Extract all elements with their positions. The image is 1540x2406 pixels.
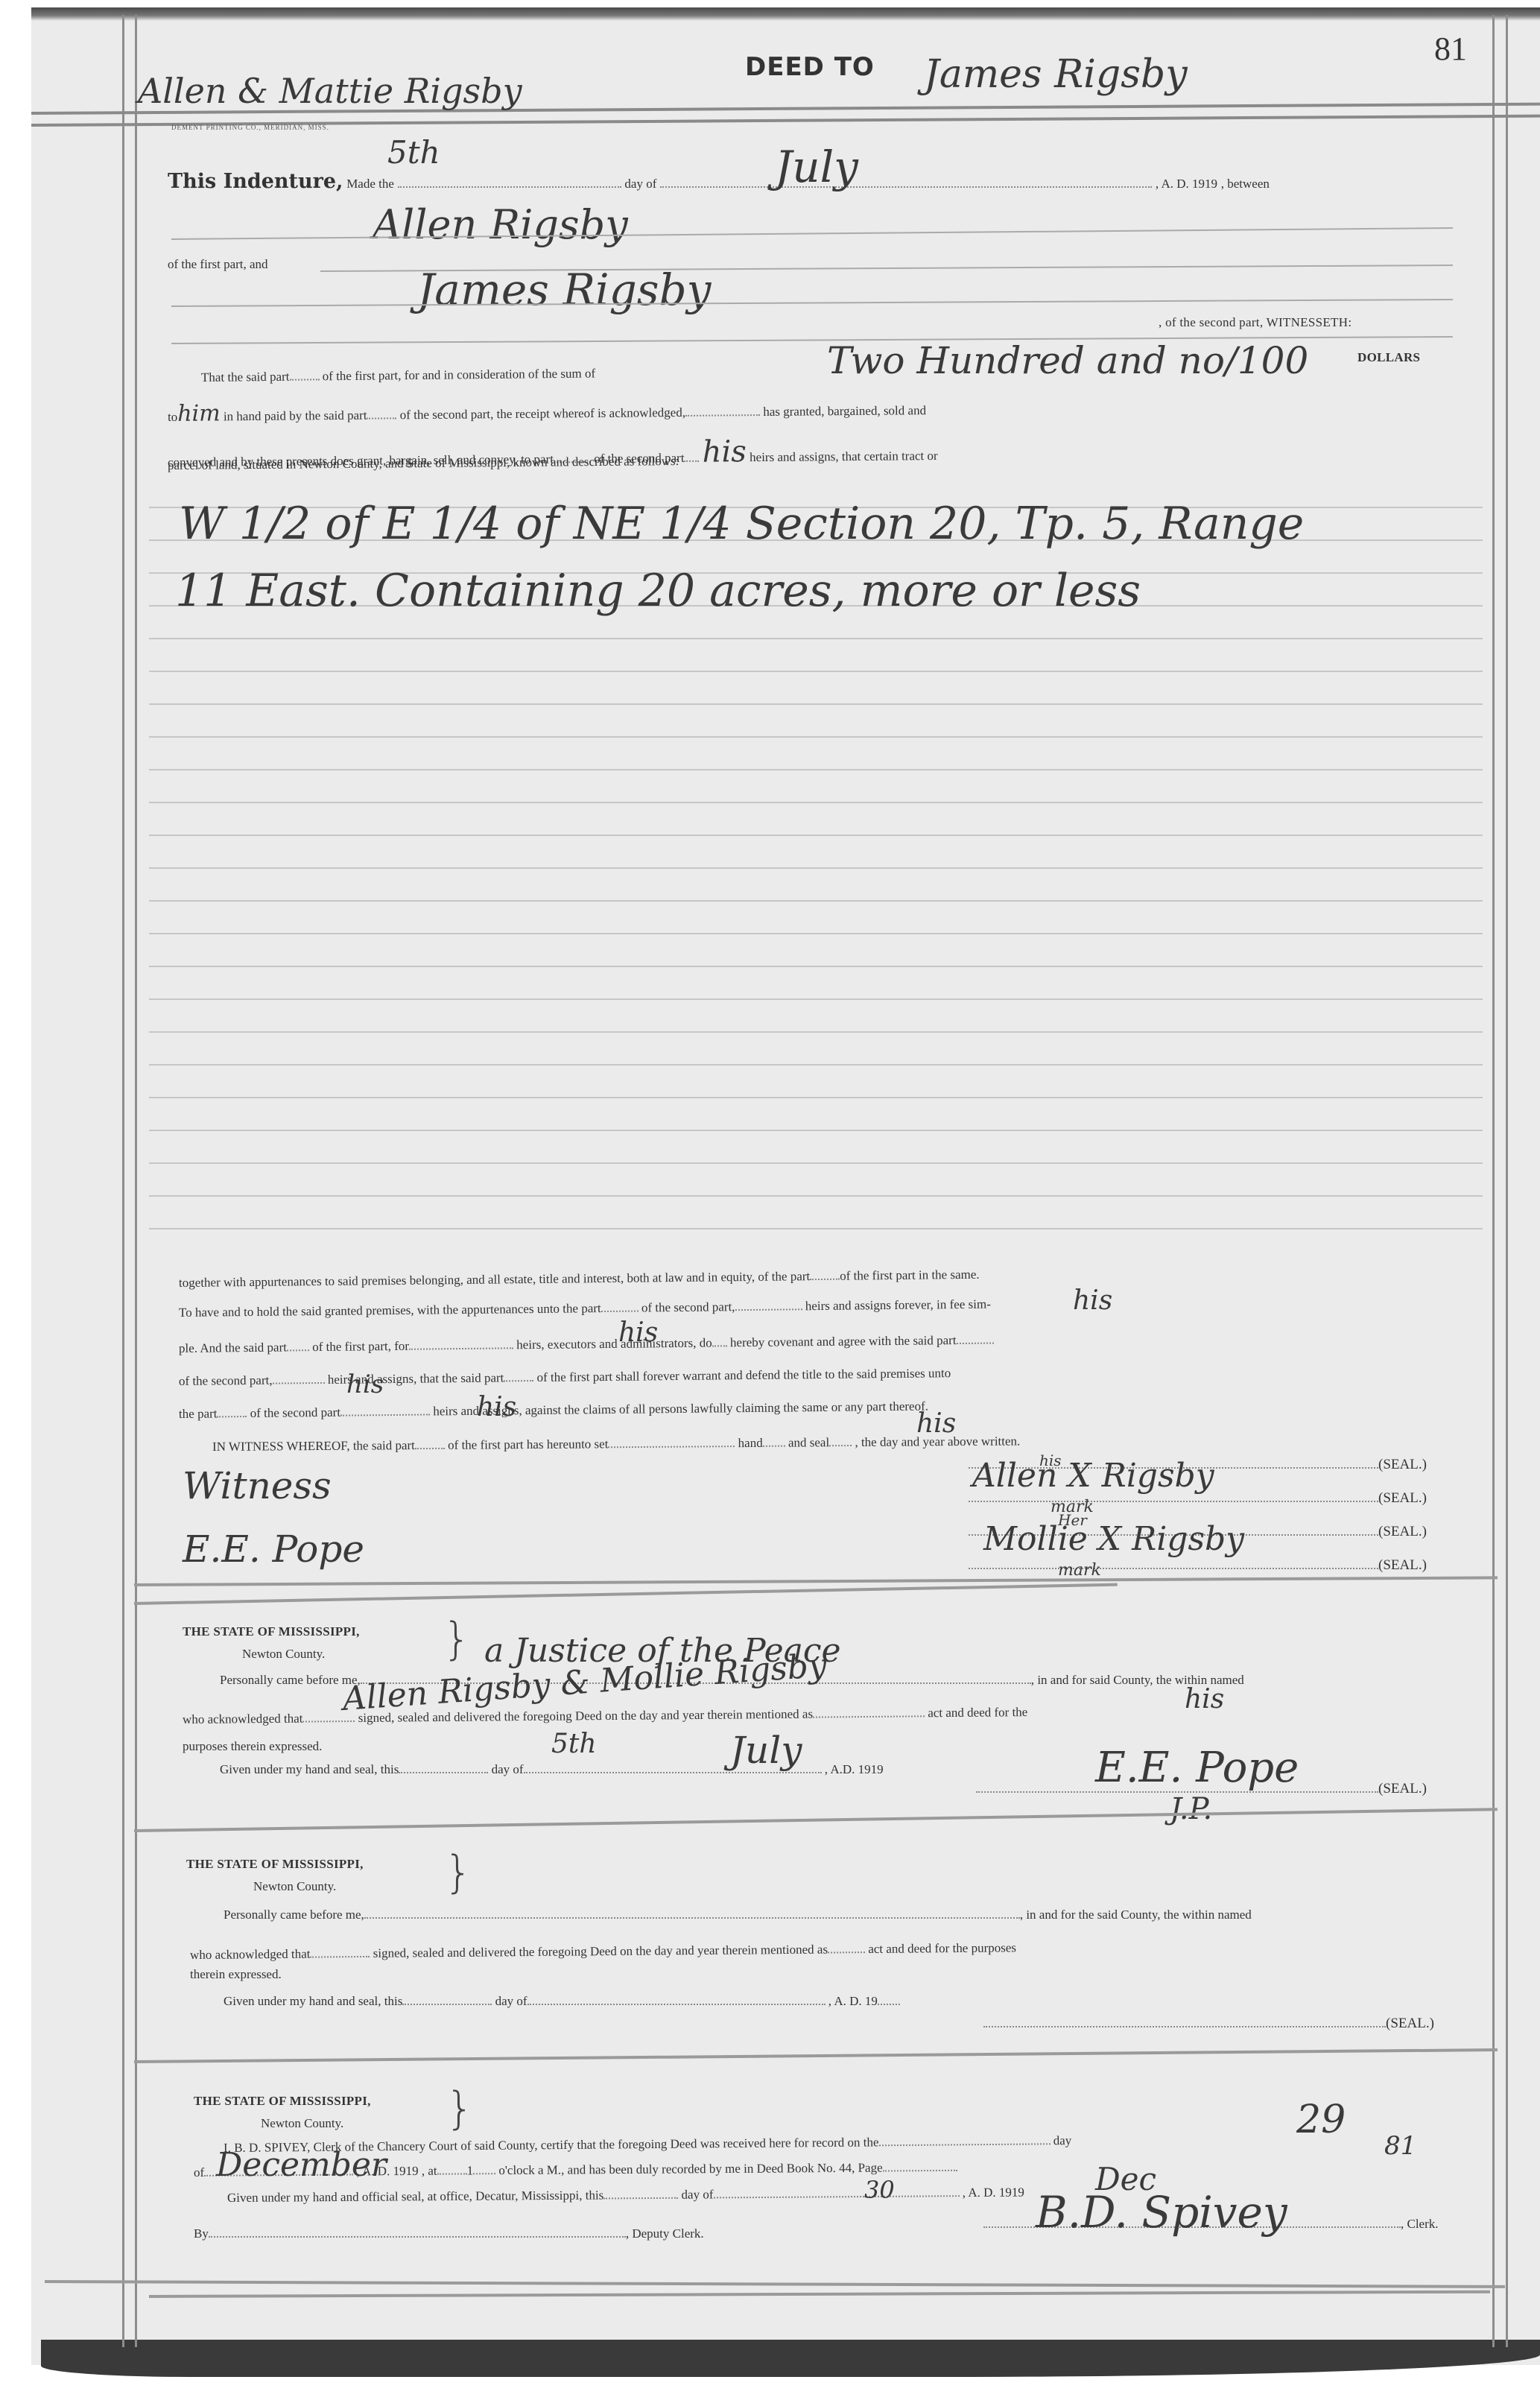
month-field[interactable]	[527, 2004, 826, 2005]
label: granted, bargained, sold and	[783, 403, 926, 419]
label: who acknowledged that	[190, 1947, 311, 1962]
seal-label: (SEAL.)	[1378, 1490, 1427, 1506]
state-heading: THE STATE OF MISSISSIPPI,	[186, 1857, 364, 1872]
scan-top-edge	[31, 7, 1540, 21]
deed-page	[31, 10, 1540, 2365]
second-party-value: James Rigsby	[417, 265, 711, 315]
signer-2-her: Her	[1058, 1511, 1087, 1529]
brace: }	[444, 1846, 472, 1899]
right-margin-line	[1492, 15, 1495, 2347]
label: the part	[179, 1406, 218, 1421]
label: IN WITNESS WHEREOF, the said part	[212, 1438, 415, 1454]
label: heirs and assigns, that certain tract or	[750, 449, 938, 464]
month-value: July	[730, 1729, 802, 1772]
ha-value: s	[775, 405, 780, 419]
label: Given under my hand and seal, this	[220, 1762, 399, 1776]
label: and seal	[788, 1435, 829, 1449]
label: of the second part,	[179, 1373, 273, 1388]
label: , in and for the said County, the within…	[1020, 1908, 1252, 1922]
day-value: 5th	[551, 1729, 597, 1759]
left-margin-line	[135, 15, 137, 2347]
label: who acknowledged that	[183, 1712, 303, 1726]
his-value: his	[702, 434, 746, 469]
label: hereunto set	[547, 1437, 609, 1451]
county-label: Newton County.	[242, 1647, 325, 1662]
label: ple. And the said part	[179, 1340, 287, 1355]
label: of	[194, 2165, 204, 2179]
label: hand	[738, 1436, 763, 1450]
of-first-part-label: of the first part, and	[168, 257, 268, 272]
label: of the first part in the same.	[840, 1267, 980, 1283]
purposes-label: purposes therein expressed.	[183, 1739, 322, 1754]
officer-signature: E.E. Pope	[1095, 1744, 1299, 1792]
as-value: his	[1185, 1684, 1224, 1715]
right-margin-line	[1506, 15, 1508, 2347]
label: ha	[763, 405, 775, 419]
ampm-value: a	[538, 2163, 544, 2177]
day-value: 5th	[387, 134, 440, 171]
signature-line	[969, 1568, 1378, 1569]
label: That the said part	[201, 370, 290, 384]
seal-label: (SEAL.)	[1378, 1457, 1427, 1472]
clerk-label: , Clerk.	[1401, 2217, 1439, 2231]
year-value: 19	[1012, 2185, 1024, 2200]
label: of the first part, for and in considerat…	[323, 366, 596, 383]
month-value: July	[775, 142, 858, 192]
year-value: 19	[871, 1762, 884, 1776]
his-value: his	[477, 1392, 516, 1422]
document-title: DEED TO	[745, 52, 875, 82]
name-field[interactable]	[364, 1917, 1020, 1919]
signer-1-signature: Allen X Rigsby	[972, 1457, 1214, 1495]
label: of the first part, for	[312, 1339, 409, 1354]
personally-line: Personally came before me,, in and for t…	[224, 1908, 1252, 1922]
month-field	[660, 186, 1152, 188]
county-label: Newton County.	[261, 2116, 343, 2131]
page-number: 81	[1434, 30, 1467, 68]
label: , of the second part, WITNESSETH:	[1159, 315, 1352, 329]
label: act and deed for the purposes	[868, 1940, 1016, 1956]
label: Personally came before me,	[224, 1908, 364, 1922]
sum-value: Two Hundred and no/100	[827, 339, 1308, 382]
his-value: his	[618, 1317, 658, 1348]
label: , A.D. 19	[825, 1762, 871, 1776]
indenture-line: This Indenture, Made the day of , A. D. …	[168, 170, 1270, 193]
label: By	[194, 2226, 209, 2241]
of-second-part-label: , of the second part, WITNESSETH:	[1159, 315, 1352, 330]
received-day-value: 29	[1296, 2098, 1346, 2142]
month-value: December	[216, 2146, 387, 2184]
label: to	[168, 410, 177, 424]
signer-2-mark: mark	[1058, 1561, 1101, 1580]
therein-label: therein expressed.	[190, 1967, 282, 1982]
label: signed, sealed and delivered the foregoi…	[358, 1707, 814, 1725]
label: , at	[422, 2164, 437, 2178]
label: day of	[681, 2187, 713, 2201]
page-value: 81	[1384, 2131, 1416, 2161]
state-heading: THE STATE OF MISSISSIPPI,	[183, 1624, 360, 1639]
first-party-value: Allen Rigsby	[373, 201, 628, 248]
label: signed, sealed and delivered the foregoi…	[373, 1943, 828, 1960]
his-value: his	[916, 1408, 956, 1439]
state-heading: THE STATE OF MISSISSIPPI,	[194, 2094, 371, 2109]
day-field	[398, 186, 621, 188]
seal-label: (SEAL.)	[1378, 1557, 1427, 1573]
his-value: his	[346, 1370, 384, 1399]
county-label: Newton County.	[253, 1879, 336, 1894]
seal-label: (SEAL.)	[1386, 2016, 1434, 2031]
witness-label: Witness	[183, 1464, 332, 1507]
label: , between	[1221, 177, 1270, 191]
brace: }	[446, 2083, 474, 2135]
label: hereby covenant and agree with the said …	[730, 1333, 957, 1349]
label: , A. D. 19	[1156, 177, 1205, 191]
label: , Deputy Clerk.	[626, 2226, 704, 2241]
year-value: 19	[1205, 177, 1217, 191]
indenture-lead: This Indenture,	[168, 170, 343, 193]
seal-label: (SEAL.)	[1378, 1524, 1427, 1539]
given-day-value: 30	[864, 2176, 895, 2204]
to-value: him	[177, 400, 221, 426]
label: of the second part	[250, 1405, 341, 1420]
hour-value: 1	[466, 2163, 473, 2177]
signature-line	[969, 1501, 1378, 1502]
label: M., and has been duly recorded by me in …	[547, 2161, 883, 2177]
label: of the first part ha	[448, 1437, 539, 1452]
year-value: 19	[405, 2164, 418, 2178]
ha-value: s	[539, 1437, 544, 1451]
witness-signature: E.E. Pope	[183, 1528, 364, 1571]
label: of the second part,	[641, 1299, 735, 1314]
label: Made the	[346, 177, 394, 191]
label: of the second part, the receipt whereof …	[400, 405, 685, 422]
label: in hand paid by the said part	[224, 408, 367, 424]
dollars-label: DOLLARS	[1357, 350, 1420, 365]
label: day	[1053, 2133, 1072, 2147]
land-description-line-1: W 1/2 of E 1/4 of NE 1/4 Section 20, Tp.…	[179, 498, 1304, 550]
land-description-line-2: 11 East. Containing 20 acres, more or le…	[175, 565, 1141, 617]
clerk-signature: B.D. Spivey	[1036, 2187, 1287, 2238]
scan-bottom-edge	[41, 2340, 1540, 2377]
signer-2-signature: Mollie X Rigsby	[983, 1520, 1244, 1558]
label: day of	[624, 177, 656, 191]
label: heirs and assigns forever, in fee sim-	[805, 1297, 991, 1314]
label: , A. D. 19	[963, 2185, 1012, 2200]
deputy-signature-field[interactable]	[209, 2236, 626, 2238]
label: heirs, executors and administrators, do	[516, 1336, 712, 1352]
grantors-handwritten: Allen & Mattie Rigsby	[138, 71, 522, 111]
signer-1-his: his	[1039, 1451, 1062, 1469]
day-field[interactable]	[402, 2004, 492, 2005]
label: Given under my hand and seal, this	[224, 1994, 402, 2008]
grantee-handwritten: James Rigsby	[924, 52, 1188, 97]
officer-title: J.P.	[1170, 1792, 1212, 1826]
label: , A. D. 19	[828, 1994, 878, 2008]
given-line: Given under my hand and seal, this day o…	[224, 1994, 900, 2009]
label: Personally came before me,	[220, 1673, 361, 1687]
signature-line[interactable]	[983, 2026, 1386, 2027]
seal-label: (SEAL.)	[1378, 1781, 1427, 1796]
left-margin-line	[122, 15, 124, 2347]
label: day of	[492, 1762, 524, 1776]
deputy-line: By, Deputy Clerk.	[194, 2226, 704, 2241]
label: o'clock	[498, 2163, 535, 2177]
label: act and deed for the	[928, 1705, 1027, 1720]
printer-imprint: DEMENT PRINTING CO., MERIDIAN, MISS.	[171, 124, 329, 131]
label: day of	[495, 1994, 527, 2008]
his-value: his	[1073, 1285, 1112, 1316]
label: Given under my hand and official seal, a…	[227, 2188, 603, 2205]
brace: }	[443, 1613, 471, 1665]
